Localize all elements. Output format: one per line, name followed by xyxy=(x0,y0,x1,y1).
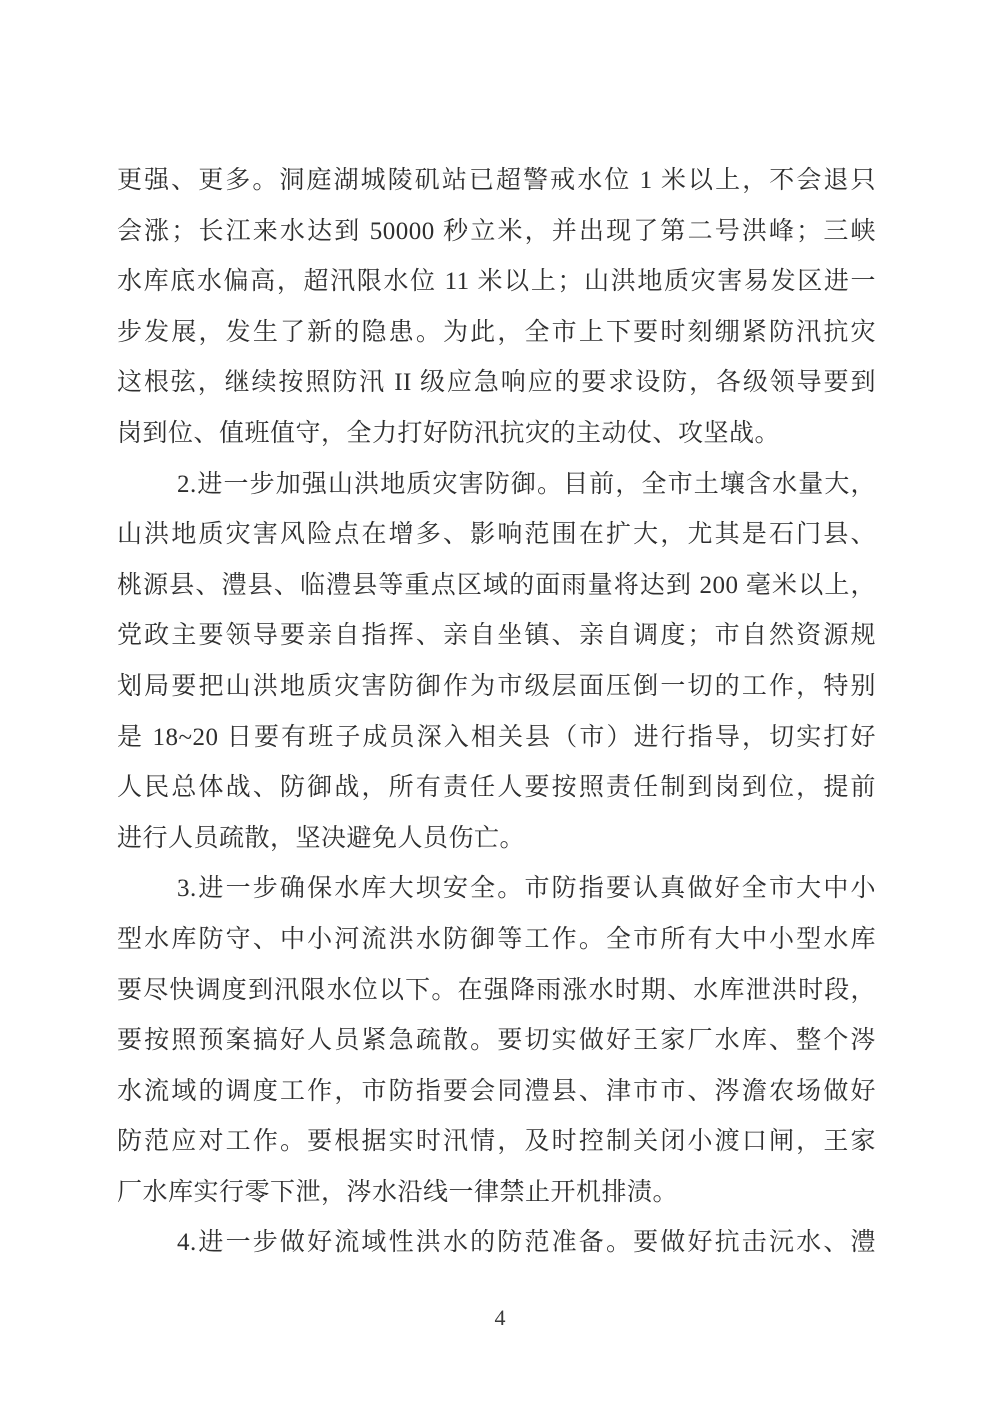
text-line: 桃源县、澧县、临澧县等重点区域的面雨量将达到 200 毫米以上， xyxy=(117,561,876,612)
paragraph: 2.进一步加强山洪地质灾害防御。目前，全市土壤含水量大，山洪地质灾害风险点在增多… xyxy=(117,460,876,865)
text-line: 水流域的调度工作，市防指要会同澧县、津市市、涔澹农场做好 xyxy=(117,1067,876,1118)
document-page: 更强、更多。洞庭湖城陵矶站已超警戒水位 1 米以上，不会退只会涨；长江来水达到 … xyxy=(0,0,1000,1415)
text-line: 山洪地质灾害风险点在增多、影响范围在扩大，尤其是石门县、 xyxy=(117,510,876,561)
text-line: 要尽快调度到汛限水位以下。在强降雨涨水时期、水库泄洪时段， xyxy=(117,966,876,1017)
text-line: 人民总体战、防御战，所有责任人要按照责任制到岗到位，提前 xyxy=(117,763,876,814)
text-line: 厂水库实行零下泄，涔水沿线一律禁止开机排渍。 xyxy=(117,1168,876,1219)
text-line: 是 18~20 日要有班子成员深入相关县（市）进行指导，切实打好 xyxy=(117,713,876,764)
text-line: 划局要把山洪地质灾害防御作为市级层面压倒一切的工作，特别 xyxy=(117,662,876,713)
text-block: 更强、更多。洞庭湖城陵矶站已超警戒水位 1 米以上，不会退只会涨；长江来水达到 … xyxy=(117,156,876,1269)
text-line: 会涨；长江来水达到 50000 秒立米，并出现了第二号洪峰；三峡 xyxy=(117,207,876,258)
paragraph: 更强、更多。洞庭湖城陵矶站已超警戒水位 1 米以上，不会退只会涨；长江来水达到 … xyxy=(117,156,876,460)
text-line: 党政主要领导要亲自指挥、亲自坐镇、亲自调度；市自然资源规 xyxy=(117,611,876,662)
text-line: 步发展，发生了新的隐患。为此，全市上下要时刻绷紧防汛抗灾 xyxy=(117,308,876,359)
paragraph: 3.进一步确保水库大坝安全。市防指要认真做好全市大中小型水库防守、中小河流洪水防… xyxy=(117,864,876,1218)
text-line: 4.进一步做好流域性洪水的防范准备。要做好抗击沅水、澧 xyxy=(117,1218,876,1269)
paragraph: 4.进一步做好流域性洪水的防范准备。要做好抗击沅水、澧 xyxy=(117,1218,876,1269)
text-line: 2.进一步加强山洪地质灾害防御。目前，全市土壤含水量大， xyxy=(117,460,876,511)
text-line: 岗到位、值班值守，全力打好防汛抗灾的主动仗、攻坚战。 xyxy=(117,409,876,460)
text-line: 型水库防守、中小河流洪水防御等工作。全市所有大中小型水库 xyxy=(117,915,876,966)
text-line: 这根弦，继续按照防汛 II 级应急响应的要求设防，各级领导要到 xyxy=(117,358,876,409)
text-line: 进行人员疏散，坚决避免人员伤亡。 xyxy=(117,814,876,865)
text-line: 3.进一步确保水库大坝安全。市防指要认真做好全市大中小 xyxy=(117,864,876,915)
text-line: 要按照预案搞好人员紧急疏散。要切实做好王家厂水库、整个涔 xyxy=(117,1016,876,1067)
text-line: 更强、更多。洞庭湖城陵矶站已超警戒水位 1 米以上，不会退只 xyxy=(117,156,876,207)
text-line: 水库底水偏高，超汛限水位 11 米以上；山洪地质灾害易发区进一 xyxy=(117,257,876,308)
text-line: 防范应对工作。要根据实时汛情，及时控制关闭小渡口闸，王家 xyxy=(117,1117,876,1168)
page-number: 4 xyxy=(0,1303,1000,1333)
